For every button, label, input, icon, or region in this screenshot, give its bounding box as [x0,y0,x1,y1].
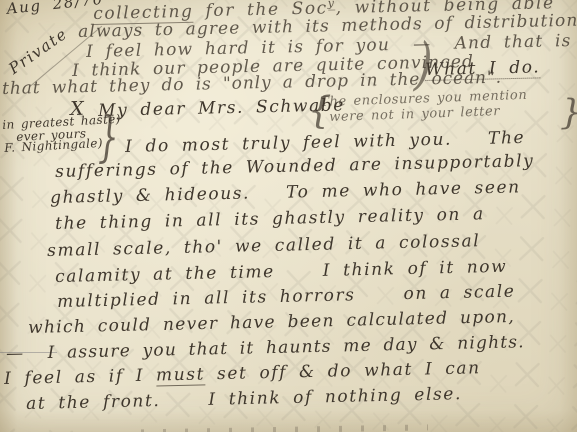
letter-page: Aug 28/70 Private collecting for the Soc… [0,0,577,432]
underlined-word: must [156,364,205,386]
line-text: I feel as if I [4,366,156,389]
aside-closing-brace-mark: } [560,96,577,131]
signature-brace-mark: } [98,110,119,164]
